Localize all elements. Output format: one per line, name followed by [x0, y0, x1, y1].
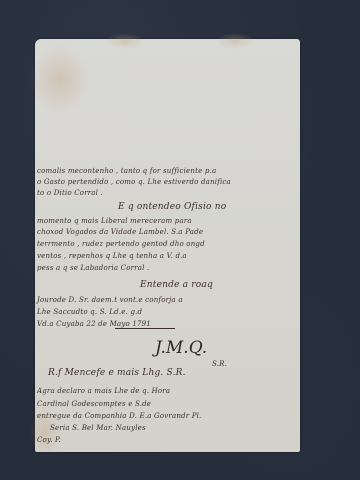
text-line: choxod Vogados da Vidade Lambel. S.a Pad… [37, 228, 203, 236]
stain [30, 44, 90, 114]
postscript-line: Seria S. Bel Mar. Nauyles [50, 424, 146, 432]
text-line: Jourode D. Sr. daem.t vont.e conforja a [37, 296, 183, 304]
stain [215, 33, 255, 49]
text-line: E q ontendeo Ofisio no [118, 202, 226, 212]
text-line: to o Ditio Corral . [37, 189, 103, 197]
date-underline [115, 328, 175, 329]
closing-line: R.f Mencefe e mais Lhg. S.R. [48, 368, 186, 378]
text-line: comalis mecontenho , tanto q for suffici… [37, 167, 216, 175]
text-line: pess a q se Labadoria Corral . [37, 264, 149, 272]
stain [105, 33, 145, 49]
text-line: Vd.a Cuyaba 22 de Mayo 1791 [37, 320, 151, 328]
text-line: ventos , repenhos q Lhe q tenha a V. d.a [37, 252, 187, 260]
postscript-line: Cardinal Godescomptes e S.de [37, 400, 151, 408]
text-line: momento q mais Liberal mereceram para [37, 217, 192, 225]
postscript-line: Coy. P. [37, 436, 61, 444]
signature-rubric: S.R. [212, 360, 227, 368]
postscript-line: Agra declaro a mais Lhe de q. Hora [37, 387, 170, 395]
text-line: Lhe Saccudto q. S. Ld.e. g.d [37, 308, 142, 316]
text-line: terrmento , rudez pertendo gentod dho on… [37, 240, 205, 248]
text-line: Entende a roaq [140, 280, 213, 290]
text-line: o Gasto pertendido , como q. Lhe estiver… [37, 178, 231, 186]
signature: J.M.Q. [155, 338, 207, 358]
postscript-line: entregue da Companhia D. E.a Govrandr Pl… [37, 412, 201, 420]
